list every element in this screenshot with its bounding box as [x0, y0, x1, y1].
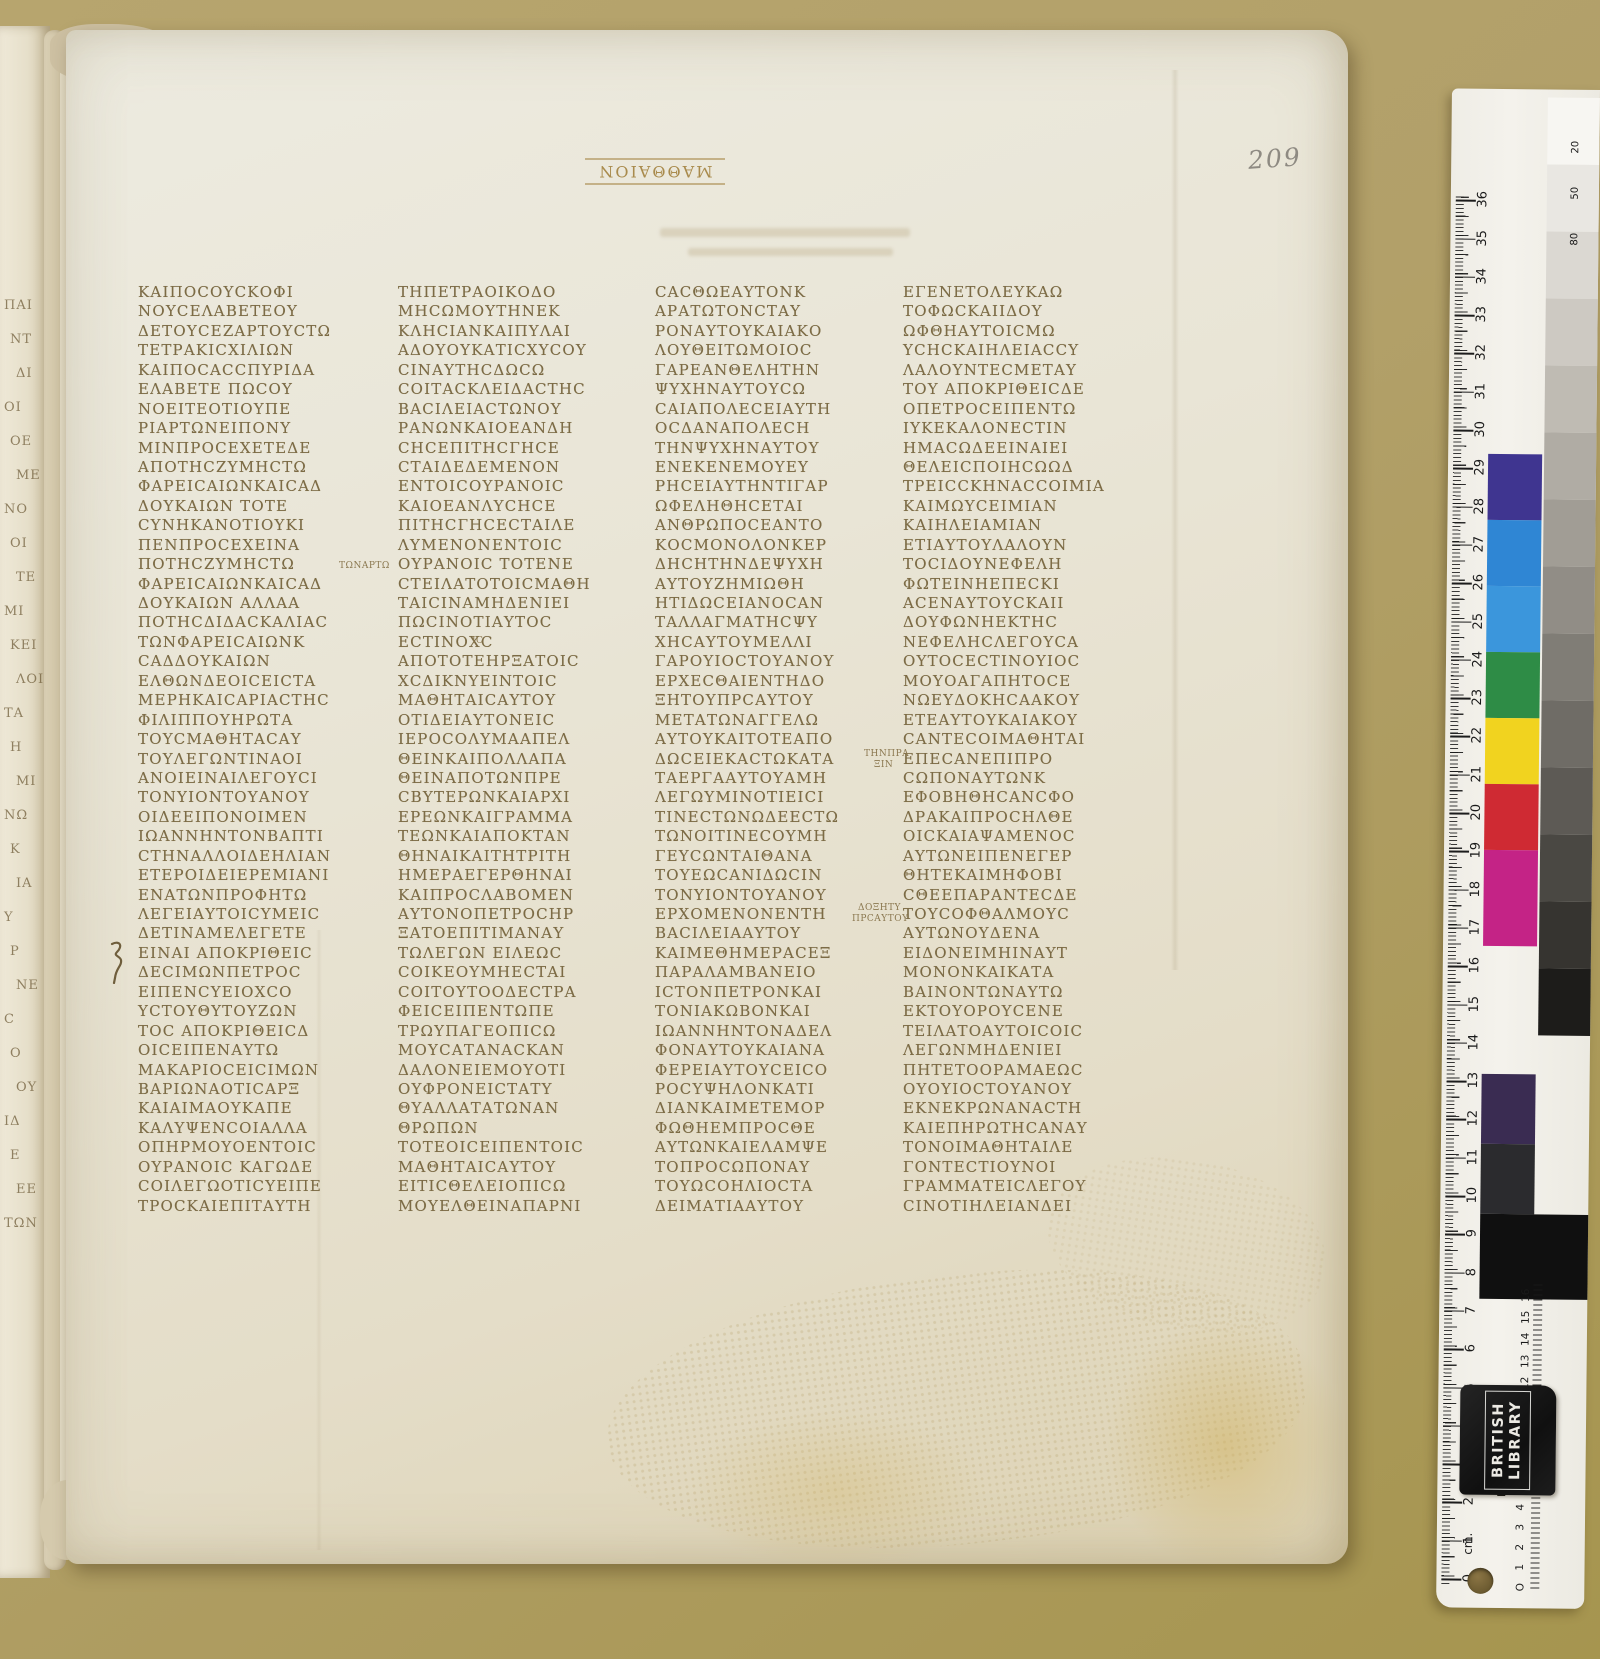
text-line: ΙΩΑΝΝΗΝΤΟΝΑΔΕΛ — [655, 1022, 905, 1041]
grayscale-step — [1547, 97, 1600, 165]
spine-fragment-text: ΜΕ — [16, 468, 41, 483]
text-line: ΘΗΤΕΚΑΙΜΗΦΟΒΙ — [903, 866, 1153, 885]
text-line: ΝΩΕΥΔΟΚΗCΑΑΚΟΥ — [903, 691, 1153, 710]
text-line: ΟΥΡΑΝΟΙC ΚΑΓΩΔΕ — [138, 1158, 388, 1177]
text-line: ΤΩΝΟΙΤΙΝΕCΟΥΜΗ — [655, 827, 905, 846]
text-line: ΟCΔΑΝΑΠΟΛΕCΗ — [655, 419, 905, 438]
text-line: ΤΡΩΥΠΑΓΕΟΠΙCΩ — [398, 1022, 648, 1041]
parchment-stain — [1106, 1320, 1346, 1570]
spine-fragment-text: Η — [10, 740, 22, 755]
spine-fragment-text: C — [4, 1012, 15, 1027]
spine-fragment-text: ΤΩΝ — [4, 1216, 38, 1231]
text-line: ΧCΔΙΚΝΥΕΙΝΤΟΙC — [398, 672, 648, 691]
text-line: ΟΠΕΤΡΟCΕΙΠΕΝΤΩ — [903, 400, 1153, 419]
text-line: ΔΗCΗΤΗΝΔΕΨΥΧΗ — [655, 555, 905, 574]
text-line: ΗΤΙΔΩCΕΙΑΝΟCΑΝ — [655, 594, 905, 613]
text-line: ΚΑΙΟΕΑΝΛΥCΗCΕ — [398, 497, 648, 516]
margin-gloss: ΤΩΝΑΡΤΩ — [339, 561, 390, 571]
text-line: ΔΙΑΝΚΑΙΜΕΤΕΜΟΡ — [655, 1099, 905, 1118]
text-line: ΦΙΛΙΠΠΟΥΗΡΩΤΑ — [138, 711, 388, 730]
text-line: ΒΑCΙΛΕΙΑΑΥΤΟΥ — [655, 924, 905, 943]
spine-fragment-text: ΝΩ — [4, 808, 28, 823]
text-line: ΦΩΘΗΕΜΠΡΟCΘΕ — [655, 1119, 905, 1138]
grayscale-step — [1539, 834, 1592, 902]
text-line: ΚΑΛΥΨΕΝCΟΙΑΛΛΑ — [138, 1119, 388, 1138]
grayscale-wedge — [1452, 88, 1600, 90]
text-line: ΦΩΤΕΙΝΗΕΠΕCΚΙ — [903, 575, 1153, 594]
spine-fragment-text: Υ — [4, 910, 14, 925]
facing-page-edge: ΠΑΙΝΤΔΙΟΙΟΕΜΕΝΟΟΙΤΕΜΙΚΕΙΛΟΙΤΑΗΜΙΝΩΚΙΑΥΡΝ… — [0, 26, 50, 1578]
text-line: ΤΡΕΙCCΚΗΝΑCCΟΙΜΙΑ — [903, 477, 1153, 496]
text-line: CΥΝΗΚΑΝΟΤΙΟΥΚΙ — [138, 516, 388, 535]
text-line: ΤΕΩΝΚΑΙΑΠΟΚΤΑΝ — [398, 827, 648, 846]
righe-number-upper: 14 — [1520, 1333, 1532, 1347]
ruler-cm-number: 25 — [1471, 611, 1486, 631]
text-line: ΑΥΤΩΝΕΙΠΕΝΕΓΕΡ — [903, 847, 1153, 866]
text-line: ΤΟΥ ΑΠΟΚΡΙΘΕΙCΔΕ — [903, 380, 1153, 399]
grayscale-step — [1544, 365, 1597, 433]
grayscale-step — [1545, 298, 1598, 366]
text-line: ΔΕΙΜΑΤΙΑΑΥΤΟΥ — [655, 1197, 905, 1216]
text-line: ΜΟΥCΑΤΑΝΑCΚΑΝ — [398, 1041, 648, 1060]
text-line: ΙCΤΟΝΠΕΤΡΟΝΚΑΙ — [655, 983, 905, 1002]
text-line: ΟΙCΚΑΙΑΨΑΜΕΝΟC — [903, 827, 1153, 846]
text-line: ΤΟΝΟΙΜΑΘΗΤΑΙΛΕ — [903, 1138, 1153, 1157]
ruler-cm-number: 20 — [1469, 802, 1484, 822]
text-line: ΤΟΦΩCΚΑΙΙΔΟΥ — [903, 302, 1153, 321]
righe-number-upper: 16 — [1520, 1289, 1532, 1302]
text-line: ΦΟΝΑΥΤΟΥΚΑΙΑΝΑ — [655, 1041, 905, 1060]
text-col-4: ΕΓΕΝΕΤΟΛΕΥΚΑΩΤΟΦΩCΚΑΙΙΔΟΥΩΦΘΗΑΥΤΟΙCΜΩΥCΗ… — [903, 283, 1153, 1216]
text-line: ΑΝΟΙΕΙΝΑΙΛΕΓΟΥCΙ — [138, 769, 388, 788]
ruler-cm-tick — [1451, 621, 1471, 623]
spine-fragment-text: ΚΕΙ — [10, 638, 37, 653]
ruler-cm-number: 21 — [1469, 764, 1484, 784]
text-line: ΔΟΥΚΑΙΩΝ ΑΛΛΑΑ — [138, 594, 388, 613]
text-line: ΑΥΤΟΥΖΗΜΙΩΘΗ — [655, 575, 905, 594]
ink-show-through — [688, 248, 893, 256]
text-line: ΤΟΠΡΟCΩΠΟΝΑΥ — [655, 1158, 905, 1177]
text-line: ΔΟΥΦΩΝΗΕΚΤΗC — [903, 613, 1153, 632]
ruler-cm-tick — [1450, 774, 1470, 776]
follicle-texture — [592, 1233, 1320, 1586]
spine-fragment-text: ΤΕ — [16, 570, 36, 585]
ruler-cm-tick — [1446, 1157, 1466, 1159]
text-line: ΘΡΩΠΩΝ — [398, 1119, 648, 1138]
ruler-cm-number: 19 — [1468, 840, 1483, 860]
text-line: ΤΩΝΦΑΡΕΙCΑΙΩΝΚ — [138, 633, 388, 652]
text-line: ΤΑΛΛΑΓΜΑΤΗCΨΥ — [655, 613, 905, 632]
text-line: ΟΥΦΡΟΝΕΙCΤΑΤΥ — [398, 1080, 648, 1099]
ruler-unit-label: cm. — [1461, 1533, 1475, 1555]
text-line: ΕΛΘΩΝΔΕΟΙCΕΙCΤΑ — [138, 672, 388, 691]
ruler-cm-number: 35 — [1475, 228, 1490, 248]
righe-number-lower: O — [1514, 1583, 1526, 1591]
spine-fragment-text: ΜΙ — [16, 774, 36, 789]
text-line: ΠΕΝΠΡΟCΕΧΕΙΝΑ — [138, 536, 388, 555]
text-line: CΑΙΑΠΟΛΕCΕΙΑΥΤΗ — [655, 400, 905, 419]
ruler-cm-number: 36 — [1475, 189, 1490, 209]
text-line: ΓΡΑΜΜΑΤΕΙCΛΕΓΟΥ — [903, 1177, 1153, 1196]
text-line: ΒΑCΙΛΕΙΑCΤΩΝΟΥ — [398, 400, 648, 419]
text-line: ΠΩCΙΝΟΤΙΑΥΤΟC — [398, 613, 648, 632]
text-line: ΙΥΚΕΚΑΛΟΝΕCΤΙΝ — [903, 419, 1153, 438]
ruler-cm-tick — [1454, 353, 1474, 355]
text-line: ΕΓΕΝΕΤΟΛΕΥΚΑΩ — [903, 283, 1153, 302]
ruler-cm-number: 26 — [1471, 572, 1486, 592]
running-title: ΜΑΘΘΑΙΟΝ — [585, 158, 725, 185]
text-line: ΛΟΥΘΕΙΤΩΜΟΙΟC — [655, 341, 905, 360]
ruler-cm-tick — [1444, 1349, 1464, 1351]
text-line: CΙΝΑΥΤΗCΔΩCΩ — [398, 361, 648, 380]
text-line: ΤΕΙΛΑΤΟΑΥΤΟΙCΟΙC — [903, 1022, 1153, 1041]
text-line: ΓΑΡΕΑΝΘΕΛΗΤΗΝ — [655, 361, 905, 380]
text-line: ΜΑΘΗΤΑΙCΑΥΤΟΥ — [398, 691, 648, 710]
spine-fragment-text: ΛΟΙ — [16, 672, 44, 687]
text-line: ΑCΕΝΑΥΤΟΥCΚΑΙΙ — [903, 594, 1153, 613]
text-line: CΙΝΟΤΙΗΛΕΙΑΝΔΕΙ — [903, 1197, 1153, 1216]
text-line: ΡΟCΥΨΗΛΟΝΚΑΤΙ — [655, 1080, 905, 1099]
text-line: CΑCΘΩΕΑΥΤΟΝΚ — [655, 283, 905, 302]
text-line: ΕΙΝΑΙ ΑΠΟΚΡΙΘΕΙC — [138, 944, 388, 963]
color-patch — [1481, 1074, 1536, 1145]
text-line: ΟΙΔΕΕΙΠΟΝΟΙΜΕΝ — [138, 808, 388, 827]
spine-fragment-text: ΤΑ — [4, 706, 24, 721]
ruler-cm-tick — [1453, 468, 1473, 470]
ruler-cm-number: 30 — [1473, 419, 1488, 439]
text-line: ΦΑΡΕΙCΑΙΩΝΚΑΙCΑΔ — [138, 575, 388, 594]
text-line: ΔΕCΙΜΩΝΠΕΤΡΟC — [138, 963, 388, 982]
text-col-1: ΚΑΙΠΟCΟΥCΚΟΦΙΝΟΥCΕΛΑΒΕΤΕΟΥΔΕΤΟΥCΕΖΑΡΤΟΥC… — [138, 283, 388, 1216]
text-line: ΤΕΤΡΑΚΙCΧΙΛΙΩΝ — [138, 341, 388, 360]
ruler-cm-number: 14 — [1466, 1032, 1481, 1052]
ruler-cm-number: 33 — [1474, 304, 1489, 324]
text-line: ΕΙΠΕΝCΥΕΙΟΧCΟ — [138, 983, 388, 1002]
text-line: ΒΑΙΝΟΝΤΩΝΑΥΤΩ — [903, 983, 1153, 1002]
text-line: ΟΥΡΑΝΟΙC ΤΟΤΕΝΕ — [398, 555, 648, 574]
righe-number-upper: 15 — [1520, 1311, 1532, 1324]
ruler-cm-tick — [1442, 1540, 1462, 1542]
text-line: ΤΟΝΥΙΟΝΤΟΥΑΝΟΥ — [138, 788, 388, 807]
text-line: ΛΑΛΟΥΝΤΕCΜΕΤΑΥ — [903, 361, 1153, 380]
ruler-cm-number: 28 — [1472, 496, 1487, 516]
color-patch — [1485, 652, 1540, 719]
spine-fragment-text: ΙΑ — [16, 876, 33, 891]
righe-ticks-upper — [1532, 1284, 1542, 1392]
ruler-cm-tick — [1449, 889, 1469, 891]
margin-gloss: ΞΙΝ — [874, 760, 893, 770]
text-line: ΚΑΙΗΛΕΙΑΜΙΑΝ — [903, 516, 1153, 535]
text-line: ΒΑΡΙΩΝΑΟΤΙCΑΡΞ — [138, 1080, 388, 1099]
text-line: ΗΜΑCΩΔΕΕΙΝΑΙΕΙ — [903, 439, 1153, 458]
text-line: ΕΤΕΑΥΤΟΥΚΑΙΑΚΟΥ — [903, 711, 1153, 730]
text-line: ΤΟΥΩCΟΗΛΙΟCΤΑ — [655, 1177, 905, 1196]
text-line: ΜΕΡΗΚΑΙCΑΡΙΑCΤΗC — [138, 691, 388, 710]
text-line: ΔΟΥΚΑΙΩΝ ΤΟΤΕ — [138, 497, 388, 516]
grayscale-step — [1538, 968, 1591, 1036]
text-line: ΕΡΕΩΝΚΑΙΓΡΑΜΜΑ — [398, 808, 648, 827]
text-line: ΛΕΓΩΝΜΗΔΕΝΙΕΙ — [903, 1041, 1153, 1060]
ruler-cm-number: 7 — [1464, 1300, 1479, 1320]
ruler-cm-tick — [1451, 698, 1471, 700]
text-line: ΑΝΘΡΩΠΟCΕΑΝΤΟ — [655, 516, 905, 535]
text-line: ΩΦΕΛΗΘΗCΕΤΑΙ — [655, 497, 905, 516]
parchment-stain — [686, 1410, 986, 1570]
spine-fragment-text: ΕΕ — [16, 1182, 37, 1197]
text-line: ΤΟΥΕΩCΑΝΙΔΩCΙΝ — [655, 866, 905, 885]
text-line: ΜΗCΩΜΟΥΤΗΝΕΚ — [398, 302, 648, 321]
ruler-cm-number: 18 — [1468, 879, 1483, 899]
wedge-density-label: 50 — [1570, 187, 1581, 200]
spine-fragment-text: Ο — [10, 1046, 22, 1061]
text-line: ΑΥΤΩΝΟΥΔΕΝΑ — [903, 924, 1153, 943]
ruler-cm-tick — [1456, 200, 1476, 202]
grayscale-wedge-labels: 205080 — [1452, 88, 1600, 90]
text-line: ΤΗΝΨΥΧΗΝΑΥΤΟΥ — [655, 439, 905, 458]
text-line: CΟΙΚΕΟΥΜΗΕCΤΑΙ — [398, 963, 648, 982]
text-line: CΤΑΙΔΕΔΕΜΕΝΟΝ — [398, 458, 648, 477]
ruler-cm-number: 6 — [1463, 1338, 1478, 1358]
ruler-cm-tick — [1449, 851, 1469, 853]
text-col-2: ΤΗΠΕΤΡΑΟΙΚΟΔΟΜΗCΩΜΟΥΤΗΝΕΚΚΛΗCΙΑΝΚΑΙΠΥΛΑΙ… — [398, 283, 648, 1216]
text-line: ΛΥΜΕΝΟΝΕΝΤΟΙC — [398, 536, 648, 555]
text-line: ΚΟCΜΟΝΟΛΟΝΚΕΡ — [655, 536, 905, 555]
ruler-cm-tick — [1450, 736, 1470, 738]
text-line: ΕΙΔΟΝΕΙΜΗΙΝΑΥΤ — [903, 944, 1153, 963]
ruler-cm-tick — [1447, 1004, 1467, 1006]
text-line: ΤΗΠΕΤΡΑΟΙΚΟΔΟ — [398, 283, 648, 302]
text-line: ΑΥΤΩΝΚΑΙΕΛΑΜΨΕ — [655, 1138, 905, 1157]
text-line: ΕΠΕCΑΝΕΠΙΠΡΟ — [903, 750, 1153, 769]
text-line: ΜΟΝΟΝΚΑΙΚΑΤΑ — [903, 963, 1153, 982]
color-patch — [1487, 454, 1542, 521]
margin-gloss: ΠΡCΑΥΤΟΥ — [852, 914, 909, 924]
text-line: ΠΙΤΗCΓΗCΕCΤΑΙΛΕ — [398, 516, 648, 535]
spine-fragment-text: Κ — [10, 842, 21, 857]
wedge-density-label: 80 — [1569, 233, 1580, 246]
text-line: ΘΥΑΛΛΑΤΑΤΩΝΑΝ — [398, 1099, 648, 1118]
ruler-cm-number: 8 — [1464, 1262, 1479, 1282]
text-line: ΘΕΛΕΙCΠΟΙΗCΩΩΔ — [903, 458, 1153, 477]
british-library-label-line1: BRITISH — [1490, 1400, 1508, 1480]
spine-fragment-text: Ε — [10, 1148, 21, 1163]
spine-fragment-text: ΙΔ — [4, 1114, 21, 1129]
color-patch — [1480, 1144, 1535, 1215]
text-line: ΡΟΝΑΥΤΟΥΚΑΙΑΚΟ — [655, 322, 905, 341]
text-line: ΤΟΥCΟΦΘΑΛΜΟΥC — [903, 905, 1153, 924]
text-line: ΕΝΤΟΙCΟΥΡΑΝΟΙC — [398, 477, 648, 496]
ruler-cm-tick — [1453, 429, 1473, 431]
righe-number-lower: 1 — [1514, 1564, 1526, 1571]
text-line: ΧΗCΑΥΤΟΥΜΕΛΛΙ — [655, 633, 905, 652]
text-line: ΦΕΙCΕΙΠΕΝΤΩΠΕ — [398, 1002, 648, 1021]
ruler-cm-tick — [1448, 927, 1468, 929]
text-line: ΤΟΝΙΑΚΩΒΟΝΚΑΙ — [655, 1002, 905, 1021]
righe-number-lower: 3 — [1514, 1524, 1526, 1531]
ruler-cm-tick — [1442, 1502, 1462, 1504]
text-line: CΩΠΟΝΑΥΤΩΝΚ — [903, 769, 1153, 788]
ruler: 0123456789101112131415161718192021222324… — [1436, 88, 1600, 1608]
spine-fragment-text: ΟΙ — [4, 400, 22, 415]
ruler-cm-tick — [1441, 1578, 1461, 1580]
spine-fragment-text: ΜΙ — [4, 604, 24, 619]
margin-gloss: ΤΗΝΠΡΑ — [864, 749, 909, 759]
ruler-cm-tick — [1447, 1081, 1467, 1083]
text-line: ΕΤΙΑΥΤΟΥΛΑΛΟΥΝ — [903, 536, 1153, 555]
ruler-cm-tick — [1445, 1195, 1465, 1197]
text-line: ΑΡΑΤΩΤΟΝCΤΑΥ — [655, 302, 905, 321]
wedge-density-label: 20 — [1570, 141, 1581, 154]
color-chart — [1452, 88, 1600, 90]
spine-fragment-text: ΝΤ — [10, 332, 32, 347]
spine-fragment-text: ΟΕ — [10, 434, 32, 449]
text-line: ΥCΤΟΥΘΥΤΟΥΖΩΝ — [138, 1002, 388, 1021]
text-line: ΘΕΙΝΑΠΟΤΩΝΠΡΕ — [398, 769, 648, 788]
color-patch — [1486, 586, 1541, 653]
ruler-cm-number: 11 — [1465, 1147, 1480, 1167]
text-line: ΜΙΝΠΡΟCΕΧΕΤΕΔΕ — [138, 439, 388, 458]
text-line: ΩΦΘΗΑΥΤΟΙCΜΩ — [903, 322, 1153, 341]
text-line: ΠΑΡΑΛΑΜΒΑΝΕΙΟ — [655, 963, 905, 982]
text-line: ΜΕΤΑΤΩΝΑΓΓΕΛΩ — [655, 711, 905, 730]
ruler-cm-tick — [1452, 544, 1472, 546]
text-line: ΑΠΟΤΗCΖΥΜΗCΤΩ — [138, 458, 388, 477]
text-line: CΟΙΤΟΥΤΟΟΔΕCΤΡΑ — [398, 983, 648, 1002]
text-line: ΓΕΥCΩΝΤΑΙΘΑΝΑ — [655, 847, 905, 866]
text-line: CΒΥΤΕΡΩΝΚΑΙΑΡΧΙ — [398, 788, 648, 807]
text-line: ΕΝΑΤΩΝΠΡΟΦΗΤΩ — [138, 886, 388, 905]
text-line: ΛΕΓΩΥΜΙΝΟΤΙΕΙCΙ — [655, 788, 905, 807]
text-line: ΔΡΑΚΑΙΠΡΟCΗΛΘΕ — [903, 808, 1153, 827]
text-line: ΛΕΓΕΙΑΥΤΟΙCΥΜΕΙC — [138, 905, 388, 924]
spine-fragment-text: ΟΥ — [16, 1080, 37, 1095]
text-line: ΝΕΦΕΛΗCΛΕΓΟΥCΑ — [903, 633, 1153, 652]
text-line: ΕΚΤΟΥΟΡΟΥCΕΝΕ — [903, 1002, 1153, 1021]
ruler-cm-number: 16 — [1467, 955, 1482, 975]
text-line: ΤΙΝΕCΤΩΝΩΔΕΕCΤΩ — [655, 808, 905, 827]
righe-number-lower: 4 — [1514, 1504, 1526, 1511]
grayscale-step — [1542, 633, 1595, 701]
text-line: ΚΑΙΜΕΘΗΜΕΡΑCΕΞ — [655, 944, 905, 963]
text-line: CΤΗΝΑΛΛΟΙΔΕΗΛΙΑΝ — [138, 847, 388, 866]
color-patch — [1484, 784, 1539, 851]
text-line: ΑΥΤΟΥΚΑΙΤΟΤΕΑΠΟ — [655, 730, 905, 749]
ruler-cm-number: 10 — [1465, 1185, 1480, 1205]
text-line: CΗCΕΠΙΤΗCΓΗCΕ — [398, 439, 648, 458]
text-line: ΕΝΕΚΕΝΕΜΟΥΕΥ — [655, 458, 905, 477]
ruler-cm-tick — [1454, 391, 1474, 393]
text-line: ΙΩΑΝΝΗΝΤΟΝΒΑΠΤΙ — [138, 827, 388, 846]
ruler-cm-number: 31 — [1473, 381, 1488, 401]
margin-siglum-mark — [108, 938, 126, 984]
text-line: ΦΕΡΕΙΑΥΤΟΥCΕΙCΟ — [655, 1061, 905, 1080]
text-line: ΚΑΙΠΟCΑCCΠΥΡΙΔΑ — [138, 361, 388, 380]
british-library-tag-frame: BRITISH LIBRARY — [1484, 1390, 1531, 1490]
text-line: CΘΕΕΠΑΡΑΝΤΕCΔΕ — [903, 886, 1153, 905]
text-line: ΟΥΟΥΙΟCΤΟΥΑΝΟΥ — [903, 1080, 1153, 1099]
text-line: ΟΙCΕΙΠΕΝΑΥΤΩ — [138, 1041, 388, 1060]
grayscale-step — [1540, 767, 1593, 835]
color-patch — [1485, 718, 1540, 785]
ruler-cm-number: 23 — [1470, 687, 1485, 707]
text-line: ΝΟΕΙΤΕΟΤΙΟΥΠΕ — [138, 400, 388, 419]
grayscale-step — [1539, 901, 1592, 969]
text-line: ΤΟC ΑΠΟΚΡΙΘΕΙCΔ — [138, 1022, 388, 1041]
ruler-cm-tick — [1455, 238, 1475, 240]
ruler-cm-number: 32 — [1474, 343, 1489, 363]
ruler-cm-tick — [1449, 812, 1469, 814]
text-line: ΞΗΤΟΥΠΡCΑΥΤΟΥ — [655, 691, 905, 710]
righe-ticks-lower — [1530, 1497, 1540, 1589]
ruler-cm-number: 24 — [1470, 649, 1485, 669]
text-line: ΡΗCΕΙΑΥΤΗΝΤΙΓΑΡ — [655, 477, 905, 496]
text-line: ΕΤΕΡΟΙΔΕΙΕΡΕΜΙΑΝΙ — [138, 866, 388, 885]
text-line: ΤΩΛΕΓΩΝ ΕΙΛΕΩC — [398, 944, 648, 963]
text-line: ΟΠΗΡΜΟΥΟΕΝΤΟΙC — [138, 1138, 388, 1157]
margin-gloss: ΔΟΞΗΤΥ — [858, 903, 901, 913]
text-line: ΟΤΙΔΕΙΑΥΤΟΝΕΙC — [398, 711, 648, 730]
grayscale-step — [1543, 499, 1596, 567]
text-line: ΡΙΑΡΤΩΝΕΙΠΟΝΥ — [138, 419, 388, 438]
text-line: ΚΑΙΜΩΥCΕΙΜΙΑΝ — [903, 497, 1153, 516]
parchment-crease — [1171, 70, 1179, 970]
spine-fragment-text: ΔΙ — [16, 366, 33, 381]
text-line: ΤΟΥΛΕΓΩΝΤΙΝΑΟΙ — [138, 750, 388, 769]
righe-number-upper: 13 — [1519, 1355, 1531, 1369]
ruler-hole — [1467, 1568, 1493, 1594]
ink-show-through — [660, 228, 910, 237]
text-line: ΕΙΤΙCΘΕΛΕΙΟΠΙCΩ — [398, 1177, 648, 1196]
ruler-cm-number: 9 — [1464, 1223, 1479, 1243]
ruler-cm-tick — [1444, 1310, 1464, 1312]
text-line: ΓΟΝΤΕCΤΙΟΥΝΟΙ — [903, 1158, 1153, 1177]
text-line: ΚΑΙΕΠΗΡΩΤΗCΑΝΑΥ — [903, 1119, 1153, 1138]
ruler-cm-tick — [1455, 315, 1475, 317]
text-line: ΚΑΙΠΡΟCΛΑΒΟΜΕΝ — [398, 886, 648, 905]
text-line: ΕΡΧΕCΘΑΙΕΝΤΗΔΟ — [655, 672, 905, 691]
grayscale-step — [1541, 700, 1594, 768]
text-line: ΕΛΑΒΕΤΕ ΠΩCΟΥ — [138, 380, 388, 399]
british-library-label-line2: LIBRARY — [1507, 1400, 1525, 1480]
ruler-cm-tick — [1451, 659, 1471, 661]
spine-fragment-text: ΟΙ — [10, 536, 28, 551]
manuscript-photo: { "manuscript": { "folio_number": "209",… — [0, 0, 1600, 1659]
color-patch — [1483, 850, 1538, 947]
text-line: ΤΟCΙΔΟΥΝΕΦΕΛΗ — [903, 555, 1153, 574]
ruler-cm-number: 29 — [1472, 457, 1487, 477]
text-line: ΙΕΡΟCΟΛΥΜΑΑΠΕΛ — [398, 730, 648, 749]
text-line: CΑΝΤΕCΟΙΜΑΘΗΤΑΙ — [903, 730, 1153, 749]
color-patch — [1487, 520, 1542, 587]
text-line: ΑΠΟΤΟΤΕΗΡΞΑΤΟΙC — [398, 652, 648, 671]
text-line: ΜΟΥΟΑΓΑΠΗΤΟCΕ — [903, 672, 1153, 691]
text-line: ΘΕΙΝΚΑΙΠΟΛΛΑΠΑ — [398, 750, 648, 769]
text-line: CΤΕΙΛΑΤΟΤΟΙCΜΑΘΗ — [398, 575, 648, 594]
ruler-cm-number: 22 — [1470, 726, 1485, 746]
text-line: CΑΔΔΟΥΚΑΙΩΝ — [138, 652, 388, 671]
text-line: ΤΟΤΕΟΙCΕΙΠΕΝΤΟΙC — [398, 1138, 648, 1157]
ruler-cm-tick — [1445, 1272, 1465, 1274]
grayscale-step — [1544, 432, 1597, 500]
text-line: ΠΗΤΕΤΟΟΡΑΜΑΕΩC — [903, 1061, 1153, 1080]
ruler-cm-tick — [1448, 966, 1468, 968]
ruler-cm-number: 17 — [1468, 917, 1483, 937]
ruler-cm-number: 34 — [1474, 266, 1489, 286]
ruler-cm-number: 13 — [1466, 1070, 1481, 1090]
text-line: ΜΑΘΗΤΑΙCΑΥΤΟΥ — [398, 1158, 648, 1177]
text-line: ΤΑΕΡΓΑΑΥΤΟΥΑΜΗ — [655, 769, 905, 788]
ruler-cm-tick — [1452, 583, 1472, 585]
